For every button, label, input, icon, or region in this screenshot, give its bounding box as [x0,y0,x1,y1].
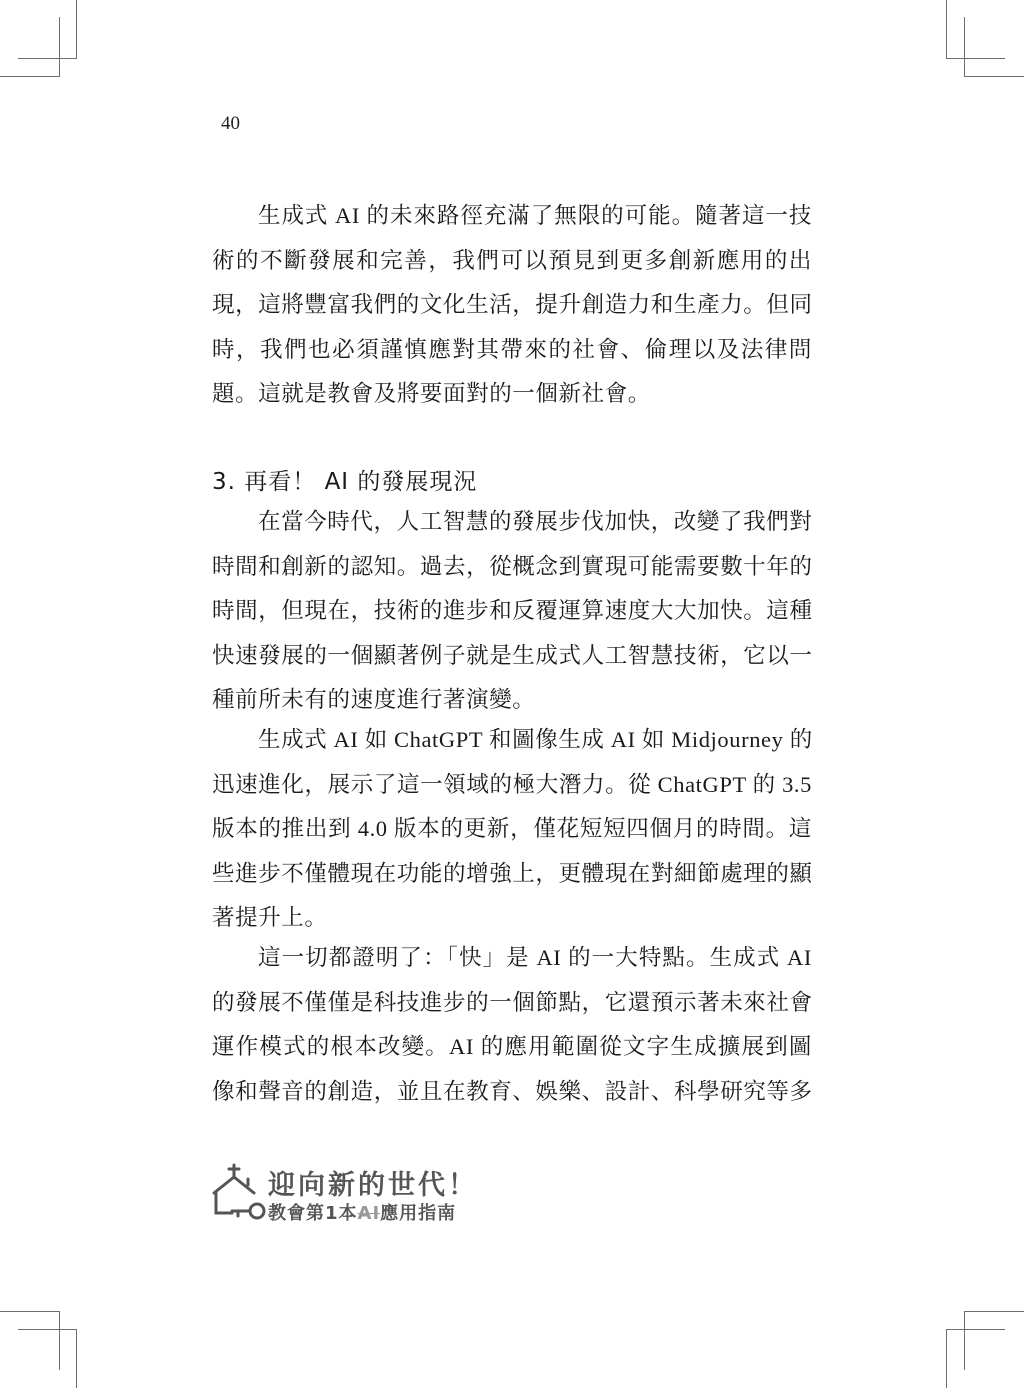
crop-mark-top-right-h1 [946,58,1005,59]
paragraph-line: 的發展不僅僅是科技進步的一個節點，它還預示著未來社會 [212,981,812,1026]
crop-mark-top-left-h1 [18,58,77,59]
paragraph-line: 在當今時代，人工智慧的發展步伐加快，改變了我們對 [212,500,812,545]
paragraph-line: 這一切都證明了：「快」是 AI 的一大特點。生成式 AI [212,936,812,981]
footer-book-logo: 迎向新的世代！ 教會第1本AI應用指南 [210,1163,510,1233]
paragraph-line: 生成式 AI 的未來路徑充滿了無限的可能。隨著這一技 [212,194,812,239]
paragraph-line: 運作模式的根本改變。AI 的應用範圍從文字生成擴展到圖 [212,1025,812,1070]
book-subtitle-pre: 教會第1本 [268,1203,358,1224]
paragraph-2: 在當今時代，人工智慧的發展步伐加快，改變了我們對 時間和創新的認知。過去，從概念… [212,500,812,723]
paragraph-line: 著提升上。 [212,896,812,941]
crop-mark-top-left-v2 [59,17,60,76]
section-heading: 3. 再看！ AI 的發展現況 [212,463,477,496]
crop-mark-top-right-v1 [946,0,947,58]
book-subtitle-ai: AI [358,1203,381,1224]
paragraph-line: 迅速進化，展示了這一領域的極大潛力。從 ChatGPT 的 3.5 [212,763,812,808]
paragraph-line: 題。這就是教會及將要面對的一個新社會。 [212,372,812,417]
crop-mark-bottom-left-h1 [0,1311,60,1312]
crop-mark-bottom-right-v1 [964,1311,965,1370]
crop-mark-top-right-h2 [964,76,1024,77]
book-subtitle: 教會第1本AI應用指南 [268,1199,456,1225]
paragraph-line: 快速發展的一個顯著例子就是生成式人工智慧技術，它以一 [212,634,812,679]
crop-mark-top-right-v2 [964,17,965,76]
paragraph-line: 生成式 AI 如 ChatGPT 和圖像生成 AI 如 Midjourney 的 [212,718,812,763]
paragraph-line: 種前所未有的速度進行著演變。 [212,678,812,723]
page-number: 40 [221,113,240,135]
church-key-icon [210,1163,266,1223]
crop-mark-top-left-h2 [0,76,60,77]
paragraph-line: 現，這將豐富我們的文化生活，提升創造力和生產力。但同 [212,283,812,328]
paragraph-line: 時間和創新的認知。過去，從概念到實現可能需要數十年的 [212,545,812,590]
paragraph-line: 像和聲音的創造，並且在教育、娛樂、設計、科學研究等多 [212,1070,812,1115]
paragraph-line: 些進步不僅體現在功能的增強上，更體現在對細節處理的顯 [212,852,812,897]
paragraph-line: 時，我們也必須謹慎應對其帶來的社會、倫理以及法律問 [212,328,812,373]
crop-mark-bottom-right-v2 [946,1329,947,1388]
crop-mark-bottom-left-v2 [76,1329,77,1388]
crop-mark-bottom-right-h1 [964,1311,1024,1312]
paragraph-3: 生成式 AI 如 ChatGPT 和圖像生成 AI 如 Midjourney 的… [212,718,812,941]
crop-mark-bottom-left-v1 [59,1311,60,1370]
crop-mark-bottom-left-h2 [18,1329,77,1330]
book-title: 迎向新的世代！ [268,1163,478,1202]
paragraph-line: 版本的推出到 4.0 版本的更新，僅花短短四個月的時間。這 [212,807,812,852]
paragraph-1: 生成式 AI 的未來路徑充滿了無限的可能。隨著這一技 術的不斷發展和完善，我們可… [212,194,812,417]
crop-mark-top-left-v1 [76,0,77,58]
paragraph-line: 術的不斷發展和完善，我們可以預見到更多創新應用的出 [212,239,812,284]
paragraph-line: 時間，但現在，技術的進步和反覆運算速度大大加快。這種 [212,589,812,634]
paragraph-4: 這一切都證明了：「快」是 AI 的一大特點。生成式 AI 的發展不僅僅是科技進步… [212,936,812,1114]
book-subtitle-post: 應用指南 [380,1203,456,1224]
crop-mark-bottom-right-h2 [946,1329,1005,1330]
